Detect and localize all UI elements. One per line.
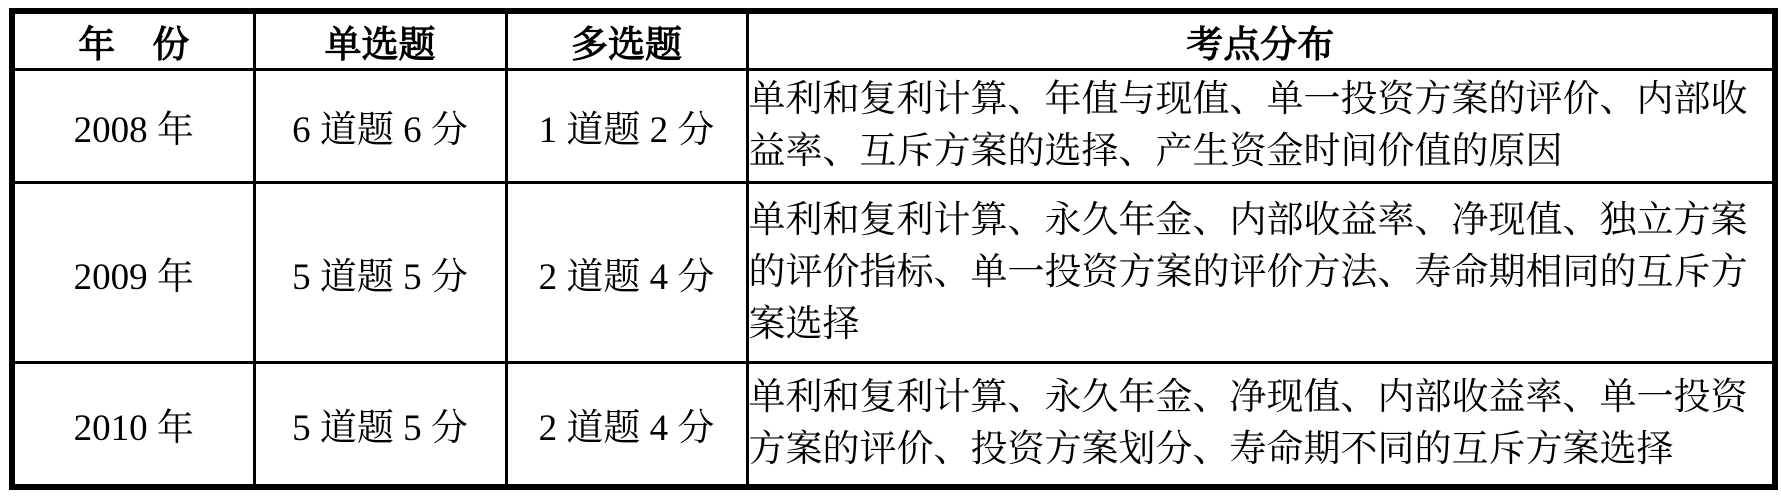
column-header-single-choice: 单选题 bbox=[254, 11, 506, 70]
document-page: 年 份 单选题 多选题 考点分布 2008 年 6 道题 6 分 1 道题 2 … bbox=[0, 0, 1781, 499]
points-distribution-cell: 单利和复利计算、永久年金、净现值、内部收益率、单一投资方案的评价、投资方案划分、… bbox=[747, 363, 1775, 487]
table-row-2010: 2010 年 5 道题 5 分 2 道题 4 分 单利和复利计算、永久年金、净现… bbox=[12, 363, 1775, 487]
multi-choice-cell: 1 道题 2 分 bbox=[506, 70, 747, 183]
points-distribution-cell: 单利和复利计算、年值与现值、单一投资方案的评价、内部收益率、互斥方案的选择、产生… bbox=[747, 70, 1775, 183]
table-row-2008: 2008 年 6 道题 6 分 1 道题 2 分 单利和复利计算、年值与现值、单… bbox=[12, 70, 1775, 183]
table-row-2009: 2009 年 5 道题 5 分 2 道题 4 分 单利和复利计算、永久年金、内部… bbox=[12, 183, 1775, 363]
column-header-multi-choice: 多选题 bbox=[506, 11, 747, 70]
year-cell: 2009 年 bbox=[12, 183, 254, 363]
multi-choice-cell: 2 道题 4 分 bbox=[506, 183, 747, 363]
points-distribution-cell: 单利和复利计算、永久年金、内部收益率、净现值、独立方案的评价指标、单一投资方案的… bbox=[747, 183, 1775, 363]
column-header-year: 年 份 bbox=[12, 11, 254, 70]
single-choice-cell: 5 道题 5 分 bbox=[254, 183, 506, 363]
multi-choice-cell: 2 道题 4 分 bbox=[506, 363, 747, 487]
year-cell: 2010 年 bbox=[12, 363, 254, 487]
year-cell: 2008 年 bbox=[12, 70, 254, 183]
single-choice-cell: 5 道题 5 分 bbox=[254, 363, 506, 487]
column-header-points-distribution: 考点分布 bbox=[747, 11, 1775, 70]
header-row: 年 份 单选题 多选题 考点分布 bbox=[12, 11, 1775, 70]
single-choice-cell: 6 道题 6 分 bbox=[254, 70, 506, 183]
exam-distribution-table: 年 份 单选题 多选题 考点分布 2008 年 6 道题 6 分 1 道题 2 … bbox=[9, 8, 1778, 490]
